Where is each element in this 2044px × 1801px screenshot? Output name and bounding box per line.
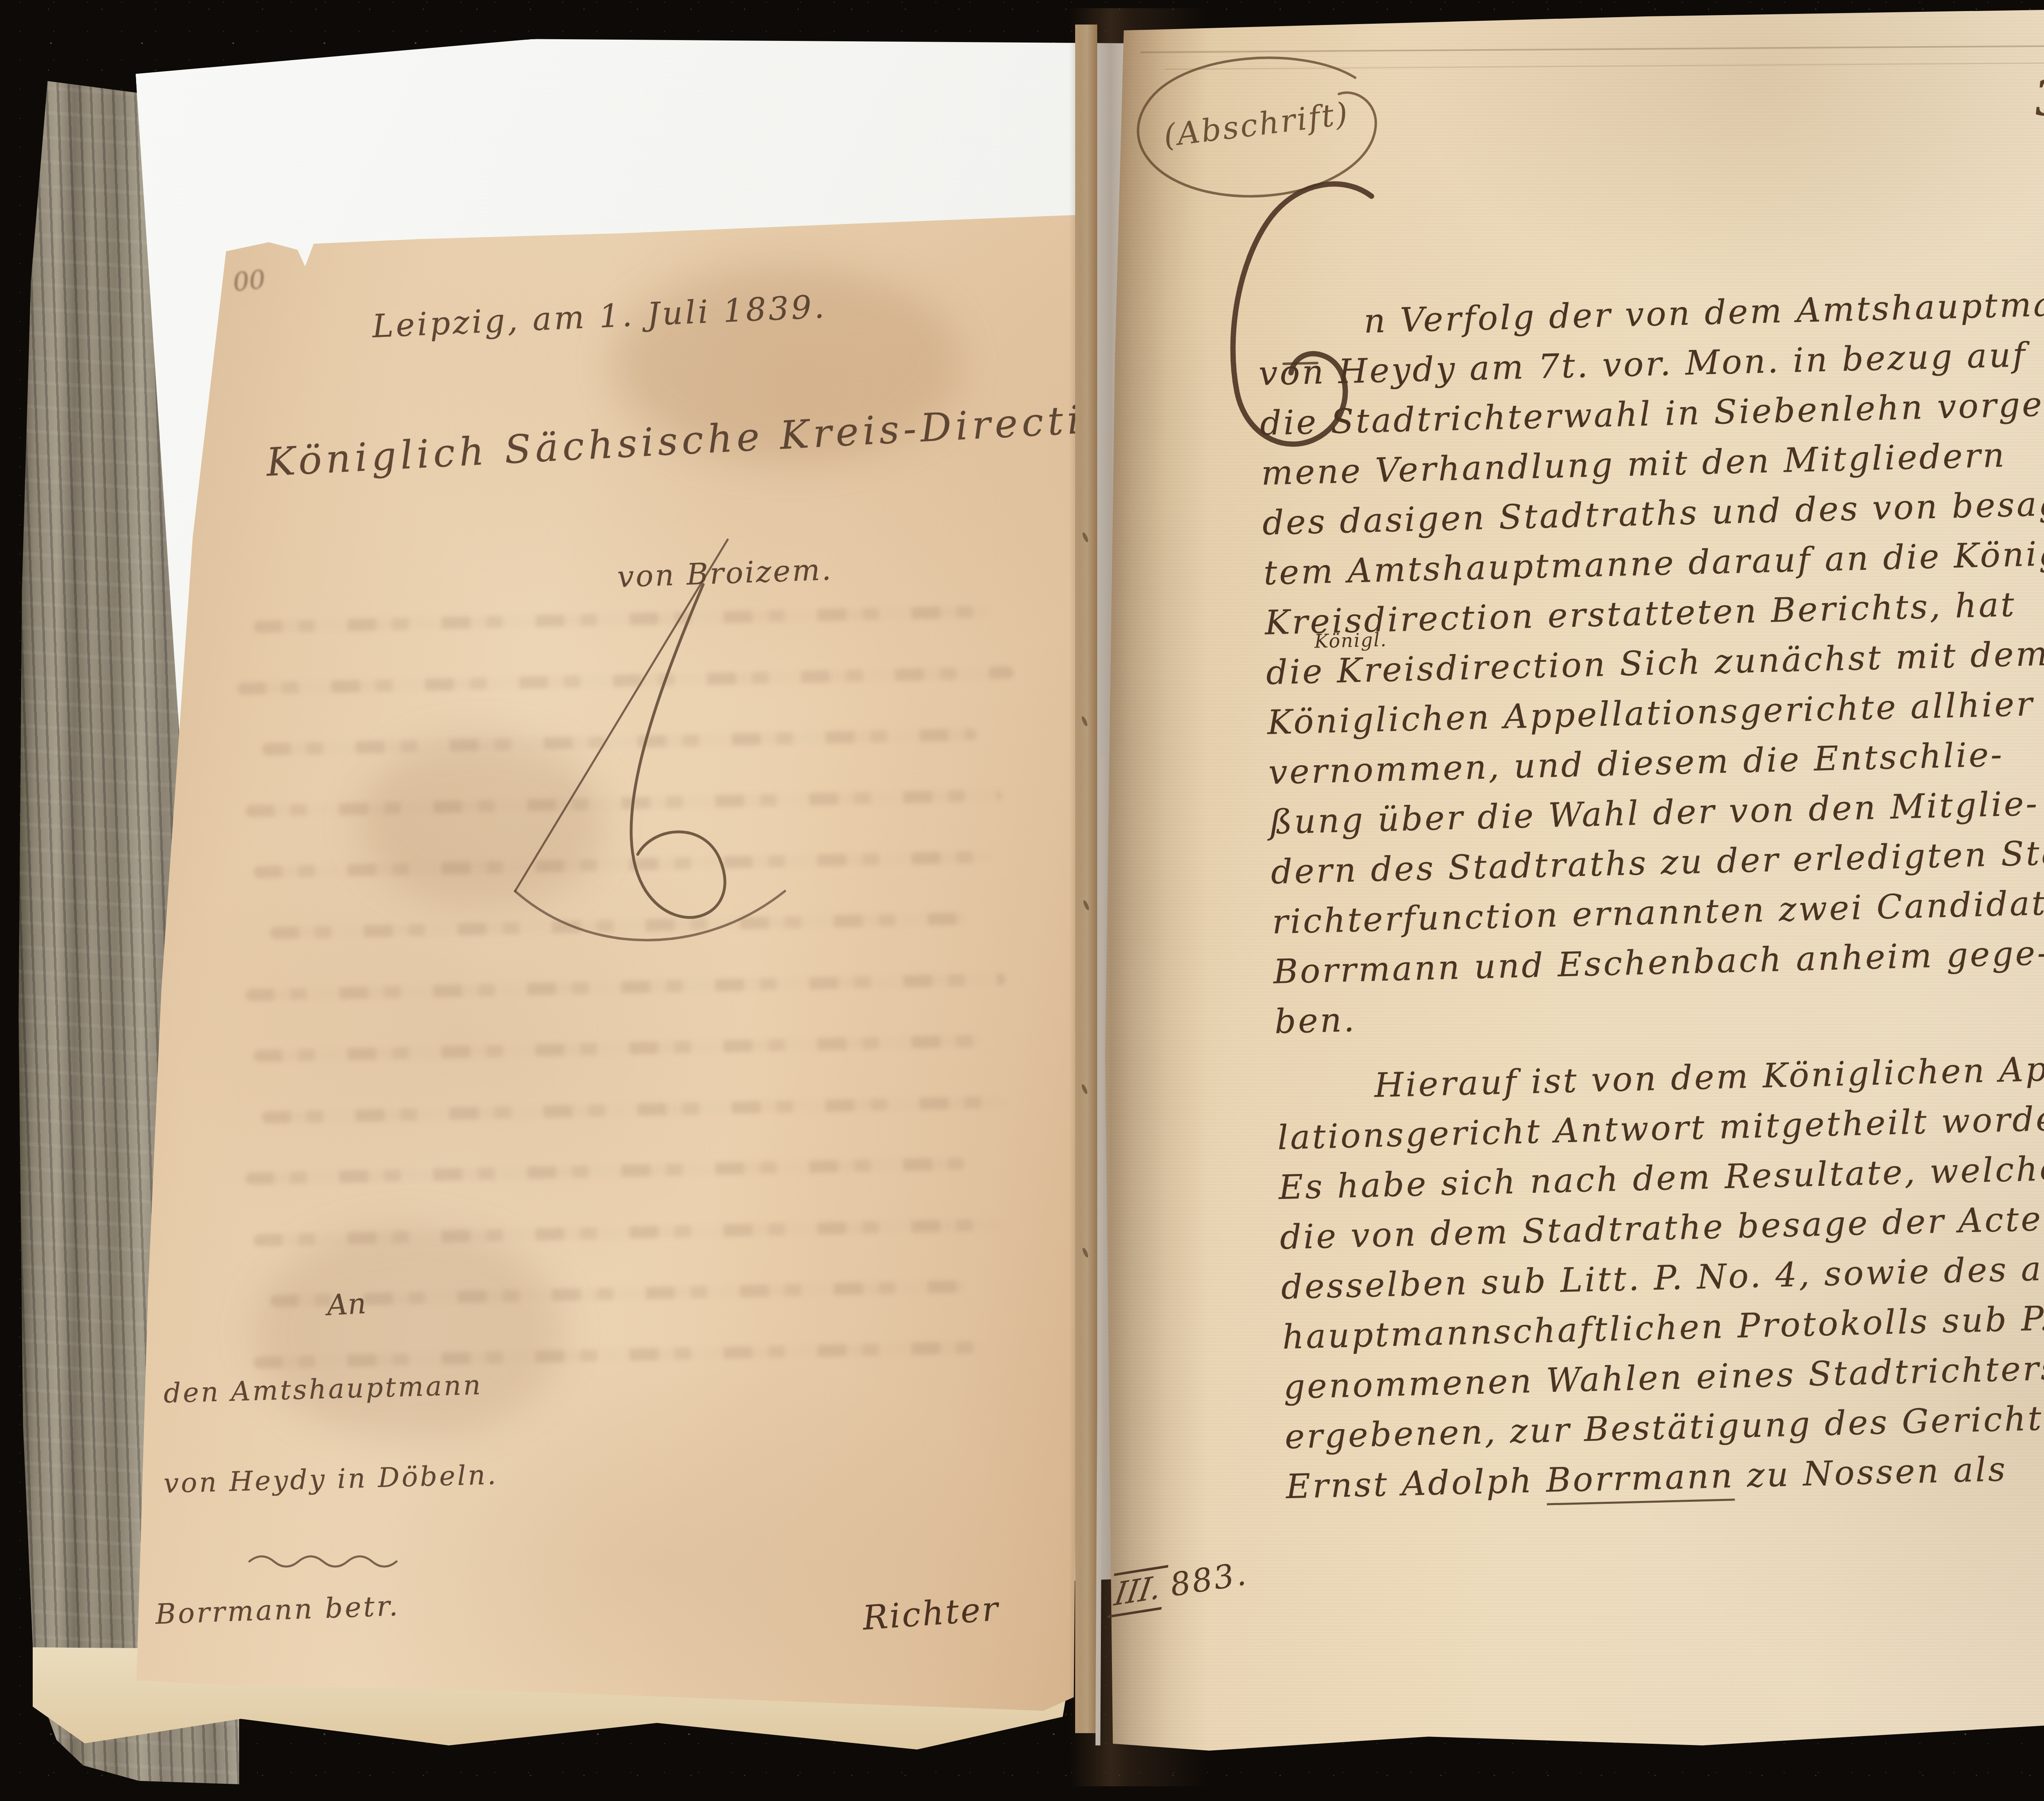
manuscript-line: die Stadtrichterwahl in Siebenlehn vorge… xyxy=(1260,383,2044,443)
faint-corner-mark: 00 xyxy=(231,264,267,297)
subject-note: Borrmann betr. xyxy=(155,1590,400,1631)
manuscript-line: desselben sub Litt. P. No. 4, sowie des … xyxy=(1281,1248,2044,1307)
manuscript-line: vernommen, und diesem die Entschlie- xyxy=(1268,735,2004,792)
manuscript-line: genommenen Wahlen eines Stadtrichters xyxy=(1283,1349,2044,1407)
manuscript-line: von Heydy am 7t. vor. Mon. in bezug auf xyxy=(1258,336,2028,393)
signature-flourish xyxy=(417,523,826,1055)
fold-ink-mark xyxy=(1082,900,1090,911)
interlinear-insertion: Königl. xyxy=(1314,628,1387,652)
manuscript-line: ßung über die Wahl der von den Mitglie- xyxy=(1269,784,2040,842)
manuscript-line: dern des Stadtraths zu der erledigten St… xyxy=(1271,832,2044,892)
fold-ink-mark xyxy=(1081,532,1089,543)
paper-stain xyxy=(253,1226,564,1439)
archival-manuscript-scan: 00 Leipzig, am 1. Juli 1839. Königlich S… xyxy=(0,0,2044,1801)
manuscript-line: des dasigen Stadtraths und des von besag… xyxy=(1262,484,2044,543)
manuscript-text-block: n Verfolg der von dem Amtshauptmann von … xyxy=(1257,283,2044,1530)
fold-ink-mark xyxy=(1081,1247,1089,1258)
manuscript-line: Borrmann und Eschenbach anheim gege- xyxy=(1273,934,2044,991)
ghost-text-bleedthrough xyxy=(245,1158,965,1185)
fold-ink-mark xyxy=(1080,716,1088,727)
ghost-text-bleedthrough xyxy=(253,1219,1006,1247)
manuscript-line: Ernst Adolph Borrmann zu Nossen als xyxy=(1286,1450,2008,1506)
manuscript-line: ben. xyxy=(1274,1001,1357,1042)
underlined-name: Borrmann xyxy=(1546,1456,1735,1505)
address-salutation: An xyxy=(326,1287,367,1322)
divider-squiggle xyxy=(245,1545,421,1574)
manuscript-line: Es habe sich nach dem Resultate, welches xyxy=(1278,1149,2044,1207)
manuscript-line: Königlichen Appellationsgerichte allhier xyxy=(1267,685,2035,742)
manuscript-line: hauptmannschaftlichen Protokolls sub P. … xyxy=(1282,1297,2044,1357)
manuscript-line: ergebenen, zur Bestätigung des Gerichtsa… xyxy=(1284,1395,2044,1456)
fold-ink-mark xyxy=(1080,1084,1088,1095)
last-line-pre: Ernst Adolph xyxy=(1286,1461,1547,1507)
manuscript-line: Hierauf ist von dem Königlichen Appel- xyxy=(1374,1048,2044,1105)
address-line-2: von Heydy in Döbeln. xyxy=(163,1459,498,1499)
manuscript-line: tem Amtshauptmanne darauf an die Königl. xyxy=(1263,534,2044,593)
last-line-post: zu Nossen als xyxy=(1734,1450,2008,1495)
catchword: Richter xyxy=(861,1589,1001,1637)
ghost-text-bleedthrough xyxy=(262,1096,1006,1124)
manuscript-line: die von dem Stadtrathe besage der Acten xyxy=(1280,1199,2044,1257)
inserted-letter-page: 00 Leipzig, am 1. Juli 1839. Königlich S… xyxy=(131,204,1083,1717)
manuscript-line: mene Verhandlung mit den Mitgliedern xyxy=(1261,436,2007,493)
manuscript-line: richterfunction ernannten zwei Candidate… xyxy=(1272,883,2044,942)
registry-number: 883. xyxy=(1168,1555,1250,1604)
gutter-folded-leaf-edge xyxy=(1075,25,1097,1733)
manuscript-line: lationsgericht Antwort mitgetheilt worde… xyxy=(1277,1099,2044,1158)
